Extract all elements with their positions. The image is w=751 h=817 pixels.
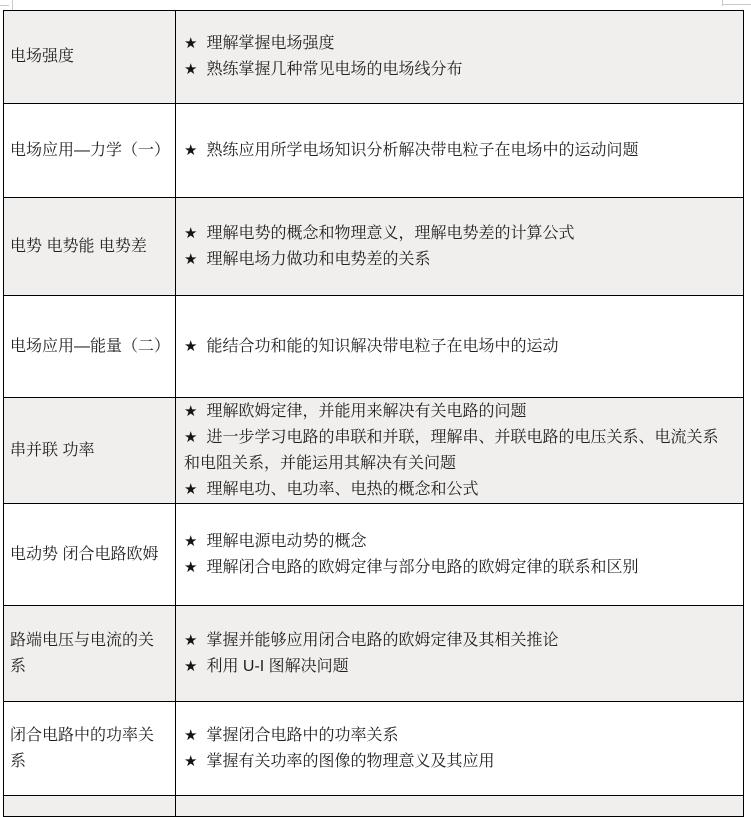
objective-item: ★理解欧姆定律，并能用来解决有关电路的问题 (184, 399, 727, 425)
objective-text: 掌握闭合电路中的功率关系 (206, 727, 398, 744)
objective-text: 利用 U-I 图解决问题 (206, 658, 348, 675)
topic-cell: 路端电压与电流的关 系 (4, 606, 176, 701)
objective-item: ★利用 U-I 图解决问题 (184, 654, 727, 680)
crop-mark-top-left-horizontal (0, 5, 9, 6)
objective-item: ★能结合功和能的知识解决带电粒子在电场中的运动 (184, 334, 727, 360)
topic-cell: 电动势 闭合电路欧姆 (4, 504, 176, 605)
star-bullet-icon: ★ (184, 35, 197, 52)
objective-text: 理解电场力做功和电势差的关系 (206, 251, 430, 268)
star-bullet-icon: ★ (184, 559, 197, 576)
objective-item: ★理解电场力做功和电势差的关系 (184, 247, 727, 273)
objectives-cell: ★掌握并能够应用闭合电路的欧姆定律及其相关推论 ★利用 U-I 图解决问题 (176, 606, 743, 701)
star-bullet-icon: ★ (184, 727, 197, 744)
crop-mark-top-right-horizontal (722, 4, 751, 5)
objective-text: 熟练掌握几种常见电场的电场线分布 (206, 61, 462, 78)
crop-mark-top-right-vertical (722, 0, 723, 6)
star-bullet-icon: ★ (184, 142, 197, 159)
table-row: 闭合电路中的功率关 系 ★掌握闭合电路中的功率关系 ★掌握有关功率的图像的物理意… (4, 702, 743, 796)
topic-cell: 闭合电路中的功率关 系 (4, 702, 176, 795)
objective-item: ★理解闭合电路的欧姆定律与部分电路的欧姆定律的联系和区别 (184, 555, 727, 581)
topic-cell: 电势 电势能 电势差 (4, 198, 176, 295)
crop-mark-top-left-vertical (12, 0, 13, 10)
objective-item: ★熟练掌握几种常见电场的电场线分布 (184, 57, 727, 83)
objectives-cell: ★理解电势的概念和物理意义，理解电势差的计算公式 ★理解电场力做功和电势差的关系 (176, 198, 743, 295)
star-bullet-icon: ★ (184, 251, 197, 268)
objective-item: ★掌握并能够应用闭合电路的欧姆定律及其相关推论 (184, 628, 727, 654)
topic-cell: 电场应用—能量（二） (4, 296, 176, 397)
topic-cell: 电场强度 (4, 11, 176, 103)
star-bullet-icon: ★ (184, 429, 197, 446)
table-row: 串并联 功率 ★理解欧姆定律，并能用来解决有关电路的问题 ★进一步学习电路的串联… (4, 398, 743, 504)
objectives-cell: ★理解电源电动势的概念 ★理解闭合电路的欧姆定律与部分电路的欧姆定律的联系和区别 (176, 504, 743, 605)
star-bullet-icon: ★ (184, 61, 197, 78)
objectives-cell: ★理解欧姆定律，并能用来解决有关电路的问题 ★进一步学习电路的串联和并联，理解串… (176, 398, 743, 503)
table-row (4, 796, 743, 804)
topic-cell (4, 796, 176, 804)
star-bullet-icon: ★ (184, 533, 197, 550)
objective-text: 进一步学习电路的串联和并联，理解串、并联电路的电压关系、电流关系和电阻关系，并能… (184, 429, 718, 472)
star-bullet-icon: ★ (184, 225, 197, 242)
objective-item: ★理解掌握电场强度 (184, 31, 727, 57)
objective-text: 能结合功和能的知识解决带电粒子在电场中的运动 (206, 338, 558, 355)
objectives-cell: ★能结合功和能的知识解决带电粒子在电场中的运动 (176, 296, 743, 397)
objective-text: 理解欧姆定律，并能用来解决有关电路的问题 (206, 403, 526, 420)
objectives-cell: ★掌握闭合电路中的功率关系 ★掌握有关功率的图像的物理意义及其应用 (176, 702, 743, 795)
table-row: 电场强度 ★理解掌握电场强度 ★熟练掌握几种常见电场的电场线分布 (4, 11, 743, 104)
star-bullet-icon: ★ (184, 403, 197, 420)
objectives-cell: ★理解掌握电场强度 ★熟练掌握几种常见电场的电场线分布 (176, 11, 743, 103)
table-row: 电动势 闭合电路欧姆 ★理解电源电动势的概念 ★理解闭合电路的欧姆定律与部分电路… (4, 504, 743, 606)
objective-item: ★理解电势的概念和物理意义，理解电势差的计算公式 (184, 221, 727, 247)
table-row: 电场应用—能量（二） ★能结合功和能的知识解决带电粒子在电场中的运动 (4, 296, 743, 398)
star-bullet-icon: ★ (184, 632, 197, 649)
star-bullet-icon: ★ (184, 753, 197, 770)
objective-text: 掌握有关功率的图像的物理意义及其应用 (206, 753, 494, 770)
star-bullet-icon: ★ (184, 658, 197, 675)
star-bullet-icon: ★ (184, 481, 197, 498)
objective-item: ★理解电源电动势的概念 (184, 529, 727, 555)
syllabus-table: 电场强度 ★理解掌握电场强度 ★熟练掌握几种常见电场的电场线分布 电场应用—力学… (3, 10, 744, 804)
topic-cell: 串并联 功率 (4, 398, 176, 503)
table-row: 路端电压与电流的关 系 ★掌握并能够应用闭合电路的欧姆定律及其相关推论 ★利用 … (4, 606, 743, 702)
table-row: 电势 电势能 电势差 ★理解电势的概念和物理意义，理解电势差的计算公式 ★理解电… (4, 198, 743, 296)
objective-item: ★熟练应用所学电场知识分析解决带电粒子在电场中的运动问题 (184, 138, 727, 164)
objective-text: 熟练应用所学电场知识分析解决带电粒子在电场中的运动问题 (206, 142, 638, 159)
objective-text: 掌握并能够应用闭合电路的欧姆定律及其相关推论 (206, 632, 558, 649)
objective-item: ★掌握有关功率的图像的物理意义及其应用 (184, 749, 727, 775)
topic-cell: 电场应用—力学（一） (4, 104, 176, 197)
objective-text: 理解电源电动势的概念 (206, 533, 366, 550)
star-bullet-icon: ★ (184, 338, 197, 355)
table-row: 电场应用—力学（一） ★熟练应用所学电场知识分析解决带电粒子在电场中的运动问题 (4, 104, 743, 198)
objective-item: ★理解电功、电功率、电热的概念和公式 (184, 477, 727, 503)
objective-item: ★掌握闭合电路中的功率关系 (184, 723, 727, 749)
objective-text: 理解掌握电场强度 (206, 35, 334, 52)
objective-text: 理解电势的概念和物理意义，理解电势差的计算公式 (206, 225, 574, 242)
objectives-cell (176, 796, 743, 804)
objective-text: 理解电功、电功率、电热的概念和公式 (206, 481, 478, 498)
objectives-cell: ★熟练应用所学电场知识分析解决带电粒子在电场中的运动问题 (176, 104, 743, 197)
objective-text: 理解闭合电路的欧姆定律与部分电路的欧姆定律的联系和区别 (206, 559, 638, 576)
objective-item: ★进一步学习电路的串联和并联，理解串、并联电路的电压关系、电流关系和电阻关系，并… (184, 425, 727, 477)
